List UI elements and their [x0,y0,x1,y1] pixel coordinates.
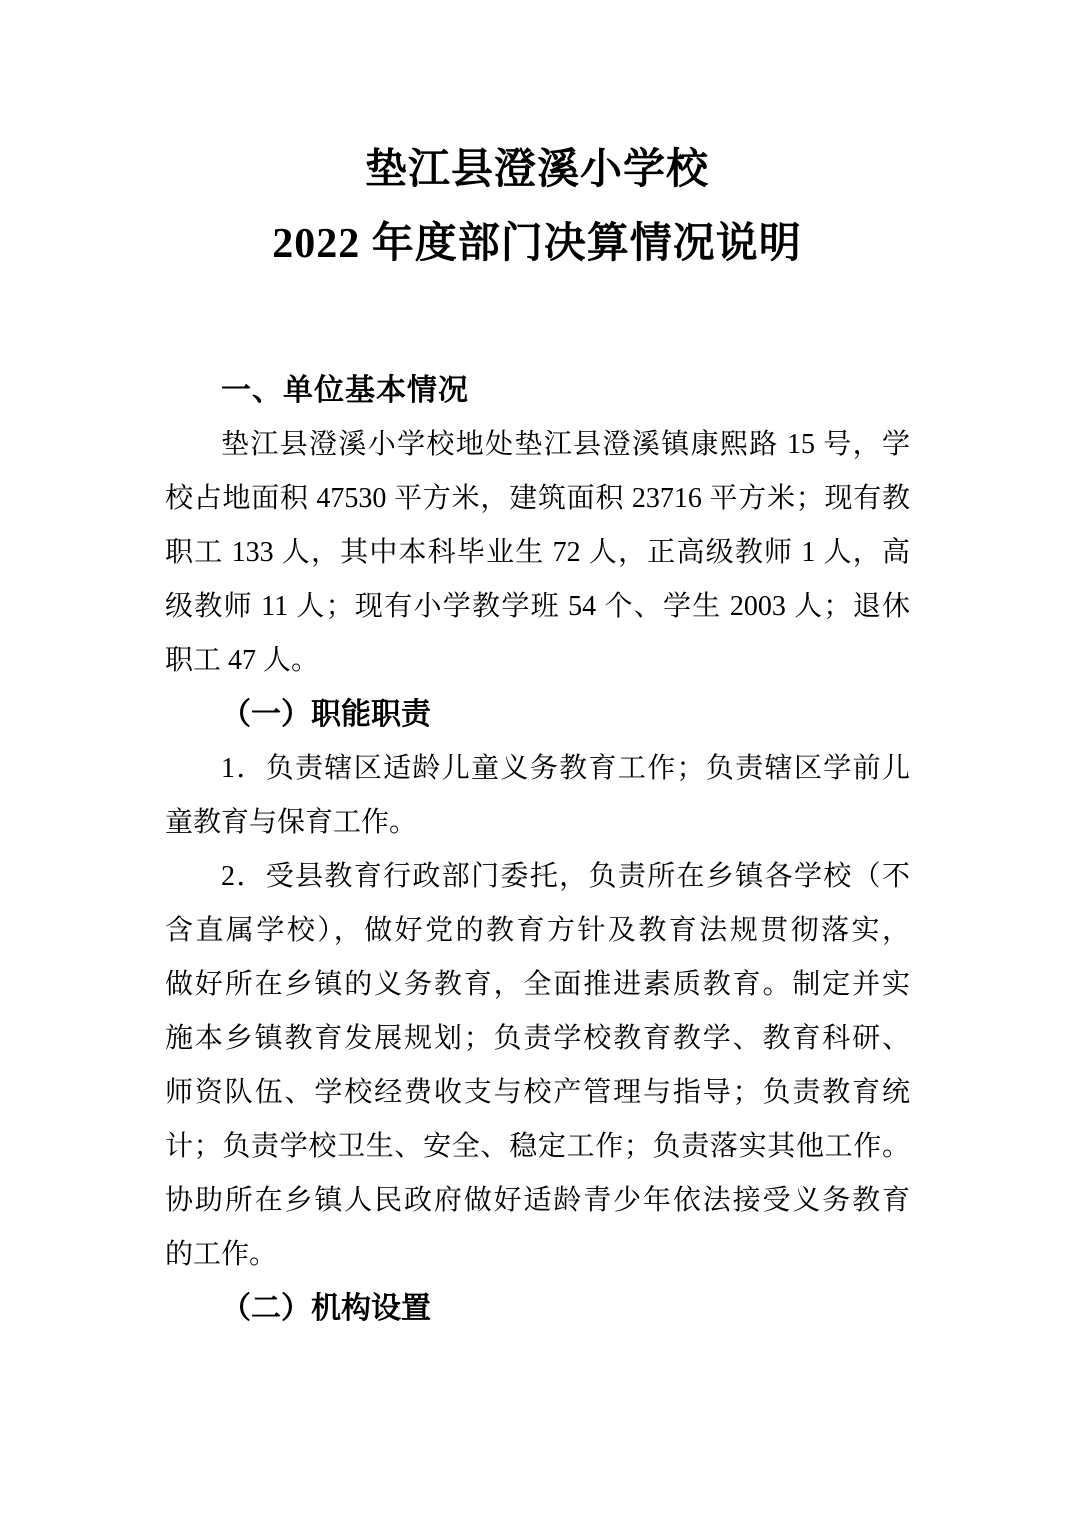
document-body: 一、单位基本情况 垫江县澄溪小学校地处垫江县澄溪镇康熙路 15 号，学 校占地面… [165,364,910,1336]
paragraph-3-line-4: 施本乡镇教育发展规划；负责学校教育教学、教育科研、 [165,1012,910,1066]
paragraph-3-line-2: 含直属学校），做好党的教育方针及教育法规贯彻落实， [165,904,910,958]
subsection-heading-2: （二）机构设置 [165,1282,910,1336]
paragraph-3-line-8: 的工作。 [165,1228,910,1282]
document-page: 垫江县澄溪小学校 2022 年度部门决算情况说明 一、单位基本情况 垫江县澄溪小… [0,0,1074,1520]
paragraph-2-line-1: 1．负责辖区适龄儿童义务教育工作；负责辖区学前儿 [165,742,910,796]
paragraph-1-line-1: 垫江县澄溪小学校地处垫江县澄溪镇康熙路 15 号，学 [165,418,910,472]
paragraph-2-line-2: 童教育与保育工作。 [165,796,910,850]
document-title-line-2: 2022 年度部门决算情况说明 [0,214,1074,274]
paragraph-1-line-5: 职工 47 人。 [165,634,910,688]
paragraph-3-line-3: 做好所在乡镇的义务教育，全面推进素质教育。制定并实 [165,958,910,1012]
paragraph-1-line-2: 校占地面积 47530 平方米，建筑面积 23716 平方米；现有教 [165,472,910,526]
paragraph-1-line-4: 级教师 11 人；现有小学教学班 54 个、学生 2003 人；退休 [165,580,910,634]
paragraph-3-line-6: 计；负责学校卫生、安全、稳定工作；负责落实其他工作。 [165,1120,910,1174]
paragraph-3-line-1: 2．受县教育行政部门委托，负责所在乡镇各学校（不 [165,850,910,904]
section-heading-1: 一、单位基本情况 [165,364,910,418]
paragraph-1-line-3: 职工 133 人，其中本科毕业生 72 人，正高级教师 1 人，高 [165,526,910,580]
document-title-line-1: 垫江县澄溪小学校 [0,140,1074,200]
subsection-heading-1: （一）职能职责 [165,688,910,742]
paragraph-3-line-7: 协助所在乡镇人民政府做好适龄青少年依法接受义务教育 [165,1174,910,1228]
paragraph-3-line-5: 师资队伍、学校经费收支与校产管理与指导；负责教育统 [165,1066,910,1120]
